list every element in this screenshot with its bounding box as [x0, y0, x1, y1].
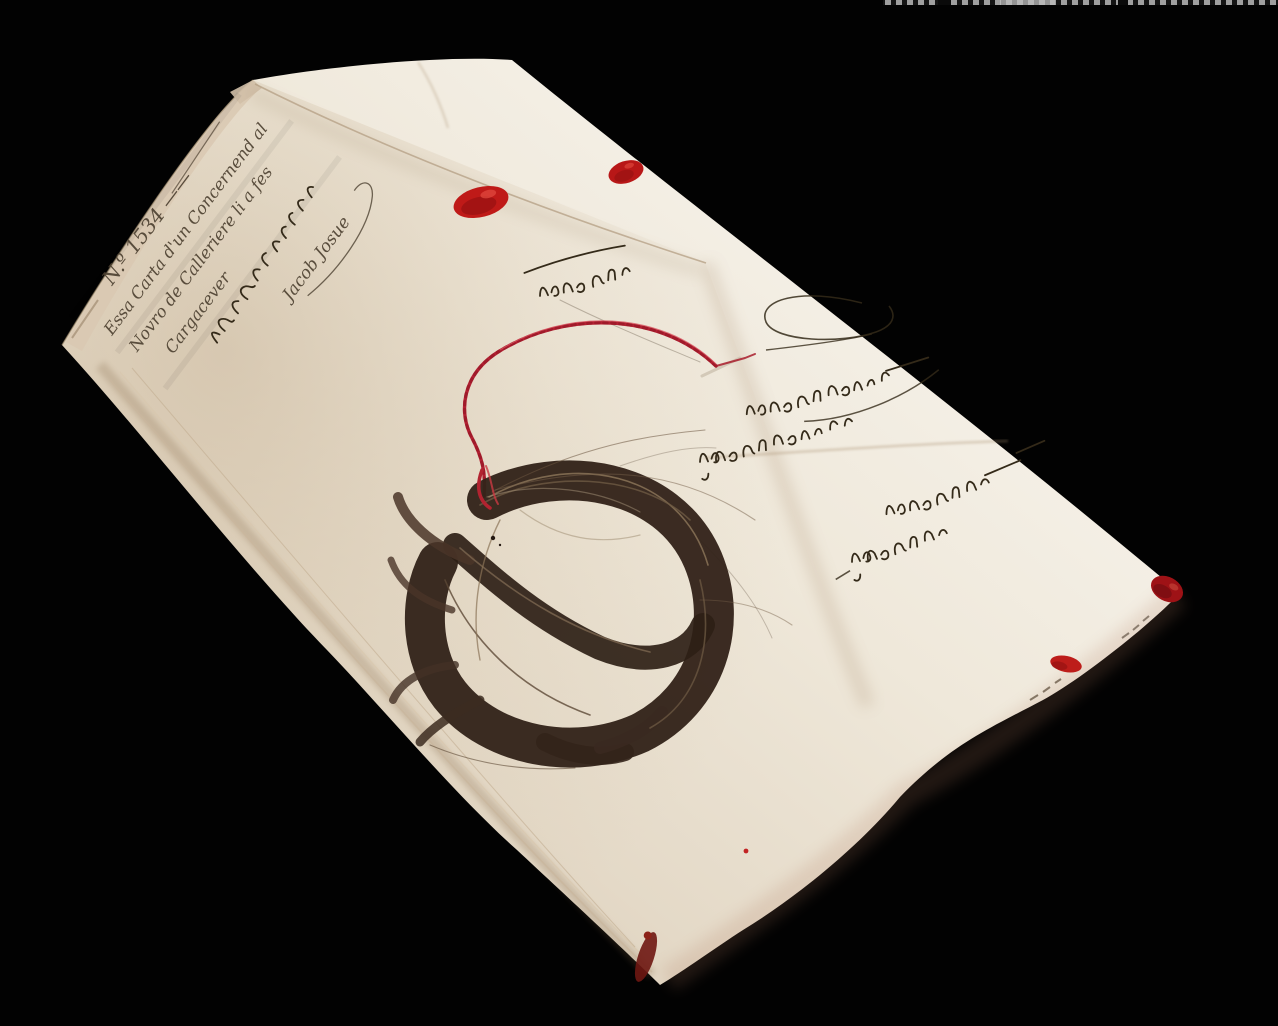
scale-strip-bright-segment [1000, 0, 1055, 5]
wax-speck [744, 849, 749, 854]
dark-speck [499, 544, 501, 546]
dark-speck [491, 536, 495, 540]
scale-strip-gap [1118, 0, 1128, 5]
photograph-stage: N.º 1534 —— Essa Carta d'un Concernend a… [0, 0, 1278, 1026]
photograph: N.º 1534 —— Essa Carta d'un Concernend a… [0, 0, 1278, 1026]
measurement-scale [883, 0, 1278, 5]
scale-strip-gap [938, 0, 951, 5]
